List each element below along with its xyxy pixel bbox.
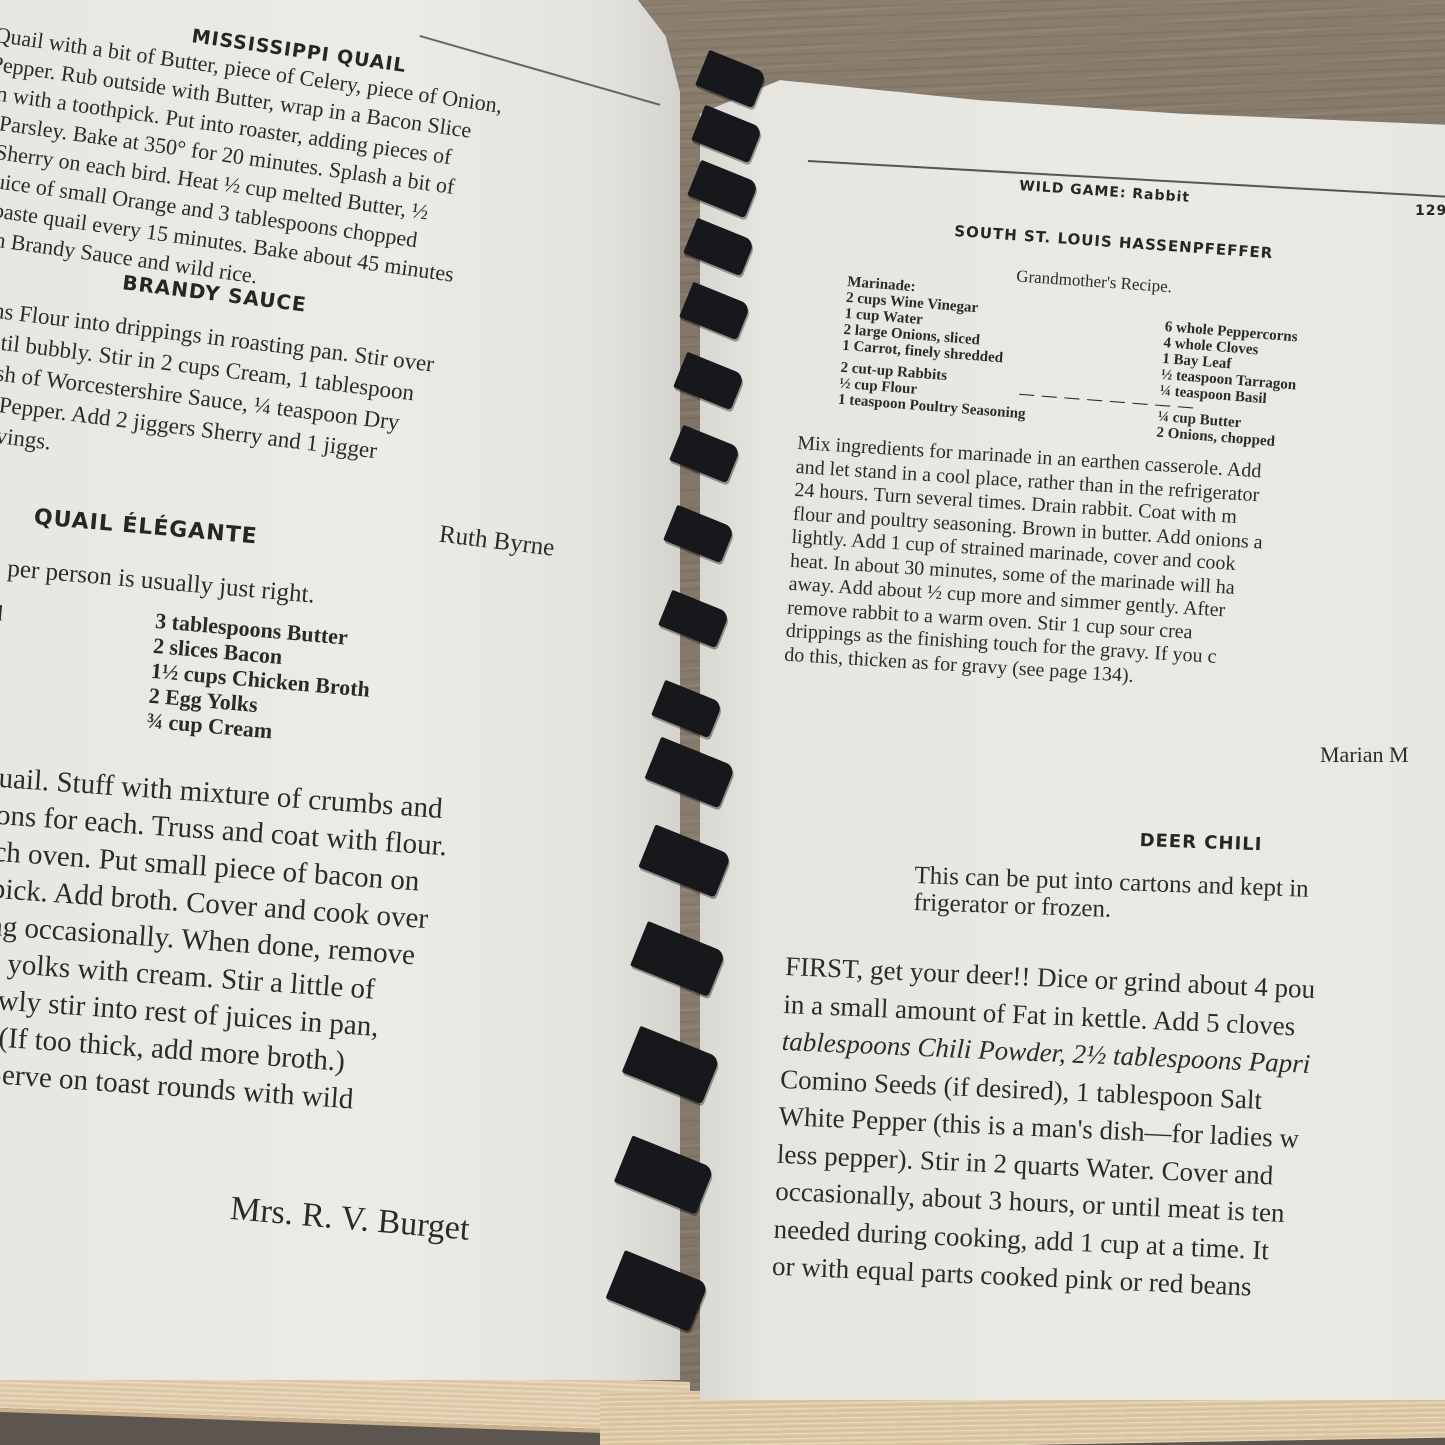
- recipe-title: DEER CHILI: [1139, 830, 1262, 855]
- recipe-author: Marian M: [1320, 742, 1409, 768]
- hassenpfeffer-ingredients: Marinade: 2 cups Wine Vinegar 1 cup Wate…: [837, 274, 1035, 422]
- hassenpfeffer-directions: Mix ingredients for marinade in an earth…: [784, 432, 1268, 695]
- deer-chili-directions: FIRST, get your deer!! Dice or grind abo…: [771, 948, 1316, 1308]
- quail-elegante-directions: uail. Stuff with mixture of crumbs and o…: [0, 760, 451, 1124]
- ingredient-list: 3 tablespoons Butter 2 slices Bacon 1½ c…: [146, 608, 376, 752]
- page-number: 129: [1415, 203, 1445, 219]
